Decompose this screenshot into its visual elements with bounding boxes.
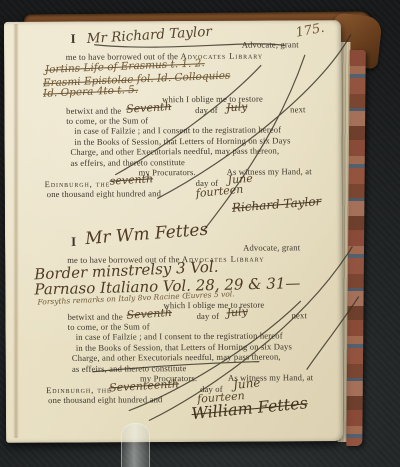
form2-failzie-line3: Charge, and other Executorials needful, … [72, 351, 281, 362]
form1-oblige-line: which I oblige me to restore [162, 94, 263, 105]
form1-borrower-name: Mr Richard Taylor [86, 24, 212, 47]
form1-dayof-label: day of [195, 105, 218, 115]
form2-opening-i: I [71, 234, 76, 250]
form1-return-day: Seventh [126, 100, 172, 116]
form2-tocome-line: to come, or the Sum of [68, 321, 150, 332]
form2-oblige-line: which I oblige me to restore [163, 300, 264, 311]
form1-advocate-grant: Advocate, grant [242, 39, 299, 49]
form2-sign-day: Seventeenth [109, 377, 180, 394]
form2-thousand-line: one thousand eight hundred and [48, 394, 162, 405]
form1-sign-day: seventh [109, 172, 153, 188]
form2-advocate-grant: Advocate, grant [243, 242, 300, 252]
page-content: 175. I Mr Richard Taylor Advocate, grant… [0, 0, 400, 467]
form1-edinburgh-label: Edinburgh, the [45, 178, 111, 188]
form1-next-label: next [290, 104, 305, 114]
form2-dayof-label: day of [197, 311, 220, 321]
form2-edinburgh-label: Edinburgh, the [46, 384, 112, 394]
form1-betwixt-label: betwixt and the [66, 106, 121, 116]
form1-book-entry-3: Id. Opera 4to t. 5. [43, 84, 139, 100]
page-holder-strap [121, 423, 150, 467]
form1-failzie-line3: Charge, and other Executorials needful, … [70, 145, 279, 156]
photo-background: 175. I Mr Richard Taylor Advocate, grant… [0, 0, 400, 467]
form1-opening-i: I [71, 31, 76, 47]
form1-tocome-line: to come, or the Sum of [66, 115, 148, 126]
form1-return-month: July [226, 100, 248, 114]
form2-return-month: July [226, 305, 248, 320]
form2-return-day: Seventh [126, 306, 172, 322]
form2-borrower-name: Mr Wm Fettes [84, 220, 208, 249]
page-number: 175. [294, 21, 325, 41]
form2-next-label: next [292, 310, 307, 320]
form1-signature: Richard Taylor [231, 194, 321, 215]
form2-betwixt-label: betwixt and the [68, 312, 123, 322]
form1-thousand-line: one thousand eight hundred and [47, 188, 161, 199]
